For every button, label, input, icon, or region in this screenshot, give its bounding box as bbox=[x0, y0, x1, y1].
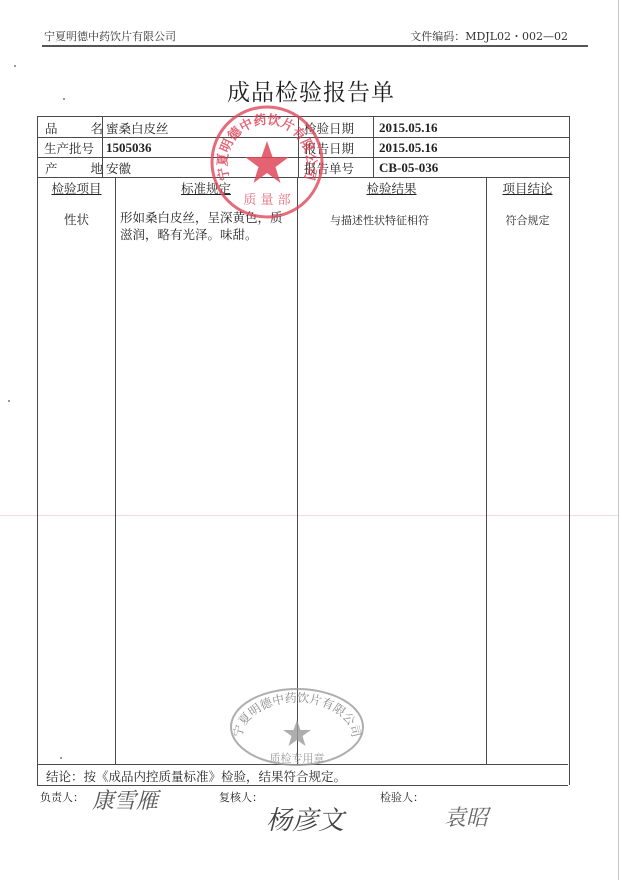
product-name-label: 品名 bbox=[45, 119, 103, 137]
col-divider bbox=[373, 116, 374, 177]
document-code: 文件编码：MDJL02・002—02 bbox=[410, 28, 568, 44]
inspector-signature: 袁昭 bbox=[444, 801, 488, 832]
report-no-value: CB-05-036 bbox=[379, 160, 438, 176]
conclusion-text: 结论：按《成品内控质量标准》检验，结果符合规定。 bbox=[46, 767, 346, 785]
origin-value: 安徽 bbox=[106, 159, 131, 177]
column-header-standard: 标准规定 bbox=[115, 179, 297, 197]
origin-label: 产地 bbox=[45, 159, 103, 177]
report-no-label: 报告单号 bbox=[304, 159, 354, 177]
inspector-label: 检验人： bbox=[380, 789, 424, 805]
col-divider bbox=[115, 177, 116, 764]
reviewer-signature: 杨彦文 bbox=[266, 800, 344, 837]
table-border-top bbox=[37, 116, 570, 117]
col-divider bbox=[298, 116, 299, 177]
row-divider bbox=[37, 177, 570, 178]
row-conclusion: 符合规定 bbox=[486, 212, 569, 228]
report-date-value: 2015.05.16 bbox=[379, 140, 438, 156]
inspect-date-label: 检验日期 bbox=[304, 119, 354, 137]
scan-speck bbox=[14, 65, 16, 67]
col-divider bbox=[486, 177, 487, 764]
batch-value: 1505036 bbox=[106, 140, 152, 156]
scan-artifact-line bbox=[0, 515, 618, 516]
scan-speck bbox=[8, 400, 10, 402]
table-border-right bbox=[569, 116, 570, 785]
scan-speck bbox=[63, 98, 65, 100]
report-date-label: 报告日期 bbox=[304, 139, 354, 157]
responsible-signature: 康雪雁 bbox=[92, 784, 158, 815]
batch-label: 生产批号 bbox=[44, 139, 94, 157]
company-name: 宁夏明德中药饮片有限公司 bbox=[44, 28, 176, 44]
row-item: 性状 bbox=[38, 210, 115, 228]
row-divider bbox=[37, 764, 568, 765]
col-divider bbox=[297, 177, 298, 764]
row-result: 与描述性状特征相符 bbox=[330, 212, 429, 228]
column-header-item: 检验项目 bbox=[38, 179, 115, 197]
header-rule bbox=[42, 45, 588, 47]
page-edge bbox=[618, 0, 619, 880]
column-header-conclusion: 项目结论 bbox=[486, 179, 569, 197]
responsible-label: 负责人： bbox=[40, 789, 84, 805]
row-standard: 形如桑白皮丝，呈深黄色，质滋润，略有光泽。味甜。 bbox=[120, 209, 292, 243]
reviewer-label: 复核人： bbox=[219, 789, 263, 805]
row-divider bbox=[37, 137, 570, 138]
row-divider bbox=[37, 157, 570, 158]
column-header-result: 检验结果 bbox=[297, 179, 486, 197]
page-title: 成品检验报告单 bbox=[0, 74, 622, 107]
scan-speck bbox=[60, 757, 62, 759]
inspect-date-value: 2015.05.16 bbox=[379, 120, 438, 136]
product-name-value: 蜜桑白皮丝 bbox=[106, 119, 169, 137]
